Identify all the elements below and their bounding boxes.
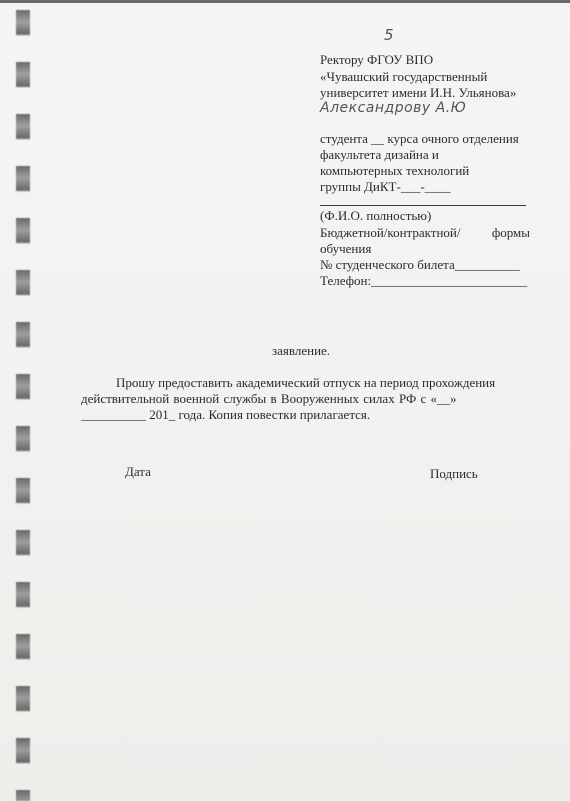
phone-line: Телефон:________________________ [320,273,527,289]
funding-right: формы [492,225,530,241]
document-title: заявление. [272,343,330,359]
addressee-line-1: Ректору ФГОУ ВПО [320,52,433,68]
funding-left: Бюджетной/контрактной/ [320,225,461,241]
body-line-3: __________ 201_ года. Копия повестки при… [81,407,370,423]
handwritten-page-number: 5 [384,26,394,44]
student-line-3: компьютерных технологий [320,163,469,179]
fio-hint: (Ф.И.О. полностью) [320,208,431,224]
handwritten-addressee-name: Александрову А.Ю [320,100,466,116]
signature-label: Подпись [430,466,478,482]
scanned-page: 5 Ректору ФГОУ ВПО «Чувашский государств… [0,0,570,801]
body-line-1: Прошу предоставить академический отпуск … [116,375,495,391]
date-label: Дата [125,464,151,480]
student-line-2: факультета дизайна и [320,147,439,163]
body-line-2: действительной военной службы в Вооружен… [81,391,457,407]
addressee-line-2: «Чувашский государственный [320,69,487,85]
student-line-1: студента __ курса очного отделения [320,131,519,147]
fio-underline [320,205,526,206]
binding-holes [16,0,30,801]
funding-line-2: обучения [320,241,371,257]
funding-line: Бюджетной/контрактной/ формы [320,225,530,241]
student-id-line: № студенческого билета__________ [320,257,520,273]
addressee-line-3: университет имени И.Н. Ульянова» [320,85,516,101]
scan-top-edge [0,0,570,3]
group-line: группы ДиКТ-___-____ [320,179,451,195]
